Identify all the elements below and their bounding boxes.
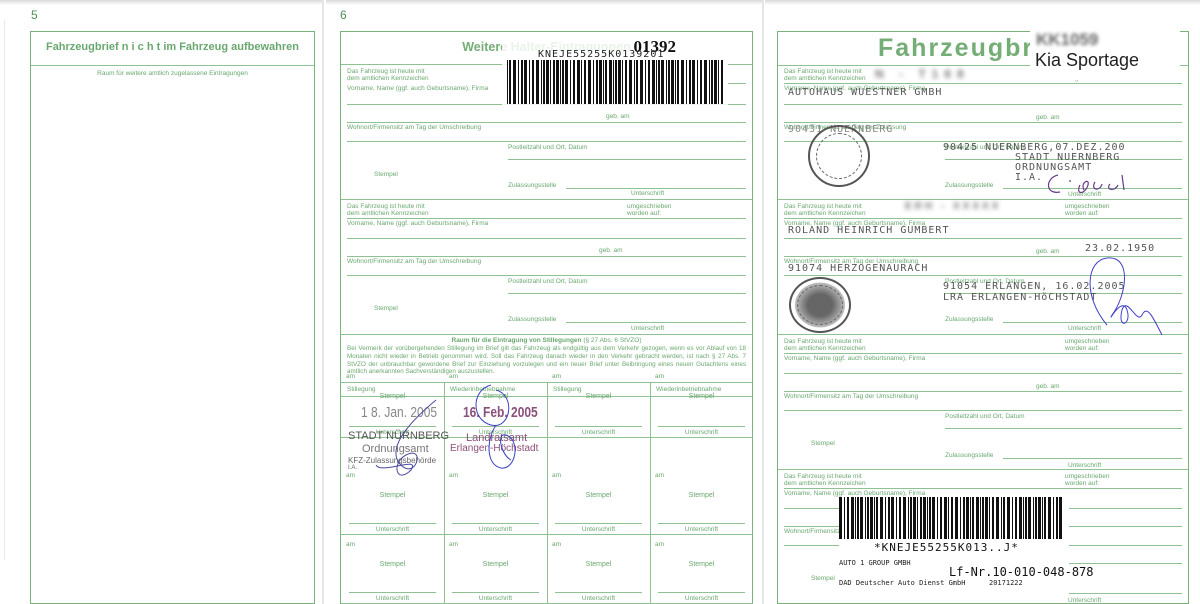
stilllegung-cell: amStempelUnterschrift [547,535,650,604]
signature [366,395,456,490]
owner-name-1: AUTOHAUS WUESTNER GMBH [788,87,942,98]
plate-blurred: ERH - XXXXX [905,201,1001,212]
vehicle-label: KK1059 Kia Sportage [1030,28,1180,80]
authority-2: LRA ERLANGEN-HöCHSTADT [943,292,1097,303]
stilllegung-cell: amStempelUnterschrift [444,466,547,535]
vehicle-model: Kia Sportage [1035,50,1139,71]
owner-address-2: 91074 HERZOGENAURACH [788,263,928,274]
stilllegung-cell: amStempelUnterschrift [547,367,650,438]
barcode [507,60,727,104]
authority-3: I.A. [1015,172,1043,183]
barcode-vin: KNEJE55255K0139201 [538,49,664,60]
sticker-dad: DAD Deutscher Auto Dienst GmbH [839,579,965,587]
official-seal [808,125,870,187]
page-5-subtitle: Raum für weitere amtlich zugelassene Ein… [31,70,314,77]
authority-stamp-line: I.A. [348,465,357,471]
sticker-date: 20171222 [989,579,1023,587]
owner-name-2: ROLAND HEINRICH GUMBERT [788,225,949,236]
signature [466,380,536,475]
stilllegung-cell: amStempelUnterschrift [341,535,444,604]
stilllegung-cell: amStempelUnterschrift [650,535,753,604]
signature [1077,255,1167,340]
sticker-lf-nr: Lf-Nr.10-010-048-878 [949,565,1094,579]
official-seal [789,277,851,333]
signature [1040,170,1150,200]
sticker-barcode-text: *KNEJE55255K013..J* [874,541,1019,554]
page-5-title: Fahrzeugbrief n i c h t im Fahrzeug aufb… [31,41,314,53]
plate-label-blurred: KK1059 [1036,30,1098,50]
dad-sticker: *KNEJE55255K013..J* AUTO 1 GROUP GMBH Lf… [839,497,1069,596]
page-5-frame: Fahrzeugbrief n i c h t im Fahrzeug aufb… [30,31,315,604]
stilllegung-cell: amStempelUnterschrift [650,466,753,535]
stilllegung-cell: amStempelUnterschrift [650,367,753,438]
page-5: 5 Fahrzeugbrief n i c h t im Fahrzeug au… [0,0,322,604]
barcode-label: 01392 KNEJE55255K0139201 [502,35,728,107]
page-number: 6 [340,8,347,22]
birth-date: 23.02.1950 [1085,243,1155,254]
sticker-company: AUTO 1 GROUP GMBH [839,559,911,567]
stilllegung-cell: amStempelUnterschrift [444,535,547,604]
barcode [839,497,1064,539]
page-number: 5 [31,8,38,22]
plate-blurred: N - T168 [875,67,970,81]
stilllegung-heading: Raum für die Eintragung von Stillegungen… [341,337,752,344]
stilllegung-cell: amStempelUnterschrift [547,466,650,535]
page-7: Fahrzeugbrief Das Fahrzeug ist heute mit… [765,0,1200,604]
page-6: 6 Weitere Halter-Eintragungen Das Fahrze… [326,0,762,604]
